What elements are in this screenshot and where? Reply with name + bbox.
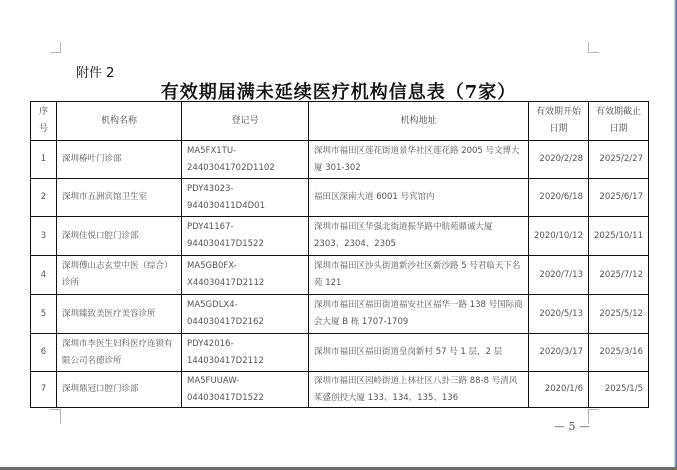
cell-registration: MA5FX1TU-24403041702D1102 <box>182 141 309 179</box>
crop-mark-top-right <box>588 42 599 53</box>
institution-table: 序号 机构名称 登记号 机构地址 有效期开始日期 有效期截止日期 1 深圳椿叶门… <box>30 101 649 408</box>
header-index: 序号 <box>31 102 57 141</box>
table-row: 7 深圳鼎冠口腔门诊部 MA5FUUAW-044030417D1522 深圳市福… <box>31 372 649 408</box>
cell-index: 7 <box>31 372 57 408</box>
cell-index: 6 <box>31 334 57 372</box>
table-row: 5 深圳臻致美医疗美容诊所 MA5GDLX4-044030417D2162 深圳… <box>31 295 649 334</box>
table-row: 2 深圳市五洲宾馆卫生室 PDY43023-944030411D4D01 福田区… <box>31 179 649 217</box>
cell-registration: MA5FUUAW-044030417D1522 <box>182 372 309 408</box>
table-row: 4 深圳傅山志玄堂中医（综合）诊所 MA5GB0FX-X44030417D211… <box>31 256 649 295</box>
cell-start-date: 2020/6/18 <box>529 179 589 217</box>
table-row: 3 深圳佳悦口腔门诊部 PDY41167-944030417D1522 深圳市福… <box>31 217 649 256</box>
cell-address: 深圳市福田区福田街道皇岗新村 57 号 1 层，2 层 <box>309 334 529 372</box>
cell-address: 深圳市福田区莲花街道景华社区莲花路 2005 号文博大厦 301-302 <box>309 141 529 179</box>
page-number: — 5 — <box>554 420 590 433</box>
cell-address: 福田区深南大道 6001 号宾馆内 <box>309 179 529 217</box>
cell-end-date: 2025/10/11 <box>589 217 649 256</box>
cell-index: 4 <box>31 256 57 295</box>
cell-start-date: 2020/10/12 <box>529 217 589 256</box>
cell-name: 深圳傅山志玄堂中医（综合）诊所 <box>57 256 182 295</box>
cell-registration: PDY43023-944030411D4D01 <box>182 179 309 217</box>
cell-registration: PDY41167-944030417D1522 <box>182 217 309 256</box>
cell-name: 深圳市李医生妇科医疗连锁有限公司名德诊所 <box>57 334 182 372</box>
cell-name: 深圳佳悦口腔门诊部 <box>57 217 182 256</box>
table-row: 1 深圳椿叶门诊部 MA5FX1TU-24403041702D1102 深圳市福… <box>31 141 649 179</box>
cell-name: 深圳市五洲宾馆卫生室 <box>57 179 182 217</box>
cell-name: 深圳鼎冠口腔门诊部 <box>57 372 182 408</box>
cell-address: 深圳市福田区沙头街道新沙社区新沙路 5 号君临天下名苑 121 <box>309 256 529 295</box>
cell-end-date: 2025/2/27 <box>589 141 649 179</box>
cell-index: 2 <box>31 179 57 217</box>
cell-end-date: 2025/6/17 <box>589 179 649 217</box>
document-page: 附件 2 有效期届满未延续医疗机构信息表（7家） 序号 机构名称 登记号 机构地… <box>0 0 674 467</box>
cell-address: 深圳市福田区福田街道福安社区福华一路 138 号国际商会大厦 B 栋 1707-… <box>309 295 529 334</box>
cell-name: 深圳臻致美医疗美容诊所 <box>57 295 182 334</box>
header-name: 机构名称 <box>57 102 182 141</box>
table-header-row: 序号 机构名称 登记号 机构地址 有效期开始日期 有效期截止日期 <box>31 102 649 141</box>
cell-address: 深圳市福田区园岭街道上林社区八卦三路 88-8 号清风茱盛创投大厦 133、13… <box>309 372 529 408</box>
header-registration: 登记号 <box>182 102 309 141</box>
cell-start-date: 2020/3/17 <box>529 334 589 372</box>
header-start-date: 有效期开始日期 <box>529 102 589 141</box>
cell-index: 5 <box>31 295 57 334</box>
cell-end-date: 2025/1/5 <box>589 372 649 408</box>
cell-name: 深圳椿叶门诊部 <box>57 141 182 179</box>
cell-index: 3 <box>31 217 57 256</box>
cell-registration: MA5GB0FX-X44030417D2112 <box>182 256 309 295</box>
cell-start-date: 2020/1/6 <box>529 372 589 408</box>
cell-end-date: 2025/3/16 <box>589 334 649 372</box>
cell-registration: MA5GDLX4-044030417D2162 <box>182 295 309 334</box>
table-row: 6 深圳市李医生妇科医疗连锁有限公司名德诊所 PDY42016-14403041… <box>31 334 649 372</box>
cell-end-date: 2025/7/12 <box>589 256 649 295</box>
cell-address: 深圳市福田区华强北街道振华路中航苑鼎诚大厦 2303、2304、2305 <box>309 217 529 256</box>
header-address: 机构地址 <box>309 102 529 141</box>
cell-start-date: 2020/5/13 <box>529 295 589 334</box>
cell-registration: PDY42016-144030417D2112 <box>182 334 309 372</box>
cell-index: 1 <box>31 141 57 179</box>
cell-start-date: 2020/7/13 <box>529 256 589 295</box>
cell-end-date: 2025/5/12 <box>589 295 649 334</box>
header-end-date: 有效期截止日期 <box>589 102 649 141</box>
crop-mark-top-left <box>50 42 61 53</box>
crop-mark-bottom-left <box>50 409 61 424</box>
cell-start-date: 2020/2/28 <box>529 141 589 179</box>
